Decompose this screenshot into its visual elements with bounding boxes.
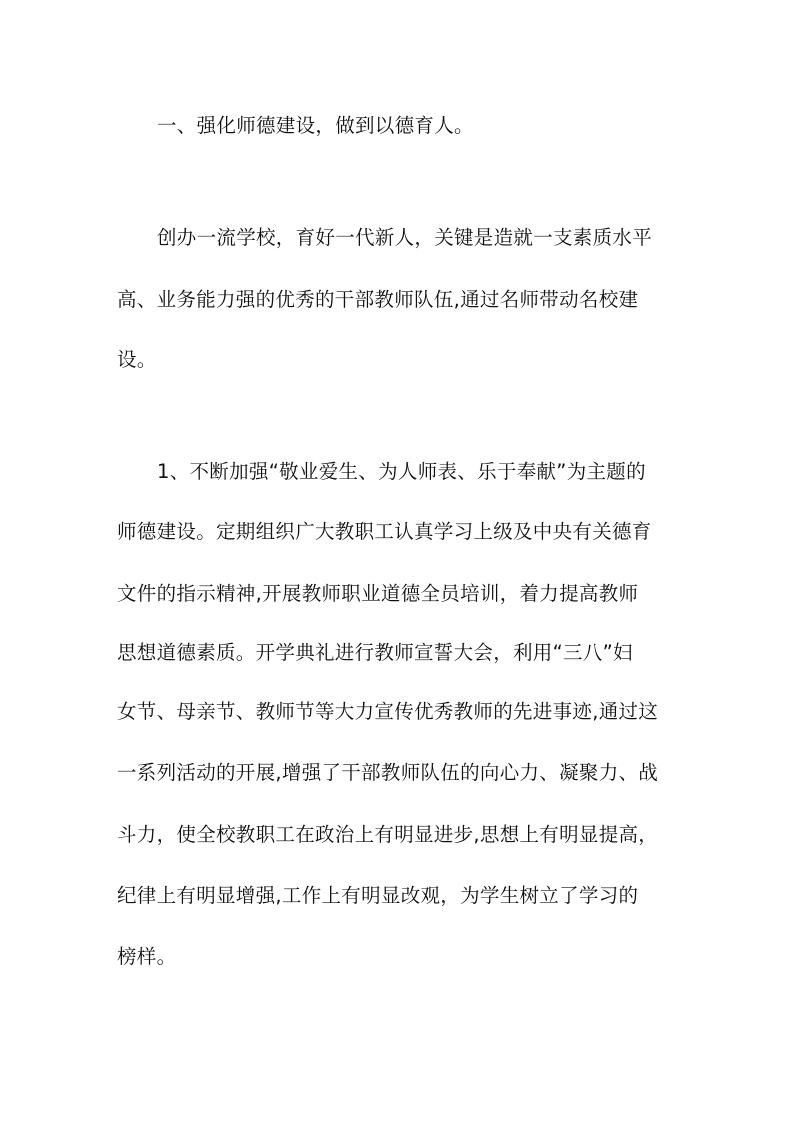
paragraph-line: 思想道德素质。开学典礼进行教师宣誓大会，利用“三八”妇 bbox=[117, 641, 633, 665]
paragraph-line: 斗力，使全校教职工在政治上有明显进步,思想上有明显提高， bbox=[117, 823, 658, 847]
paragraph-line: 设。 bbox=[117, 348, 157, 372]
paragraph-line: 师德建设。定期组织广大教职工认真学习上级及中央有关德育 bbox=[117, 520, 652, 544]
paragraph-line: 榜样。 bbox=[117, 945, 176, 969]
paragraph-line: 1、不断加强“敬业爱生、为人师表、乐于奉献”为主题的 bbox=[157, 460, 646, 484]
paragraph-line: 纪律上有明显增强,工作上有明显改观，为学生树立了学习的 bbox=[117, 884, 638, 908]
paragraph-line: 高、业务能力强的优秀的干部教师队伍,通过名师带动名校建 bbox=[117, 288, 638, 312]
paragraph-line: 创办一流学校，育好一代新人，关键是造就一支素质水平 bbox=[157, 226, 652, 250]
paragraph-line: 一系列活动的开展,增强了干部教师队伍的向心力、凝聚力、战 bbox=[117, 761, 658, 785]
section-heading: 一、强化师德建设，做到以德育人。 bbox=[157, 114, 474, 138]
paragraph-line: 女节、母亲节、教师节等大力宣传优秀教师的先进事迹,通过这 bbox=[117, 700, 658, 724]
paragraph-line: 文件的指示精神,开展教师职业道德全员培训，着力提高教师 bbox=[117, 582, 638, 606]
